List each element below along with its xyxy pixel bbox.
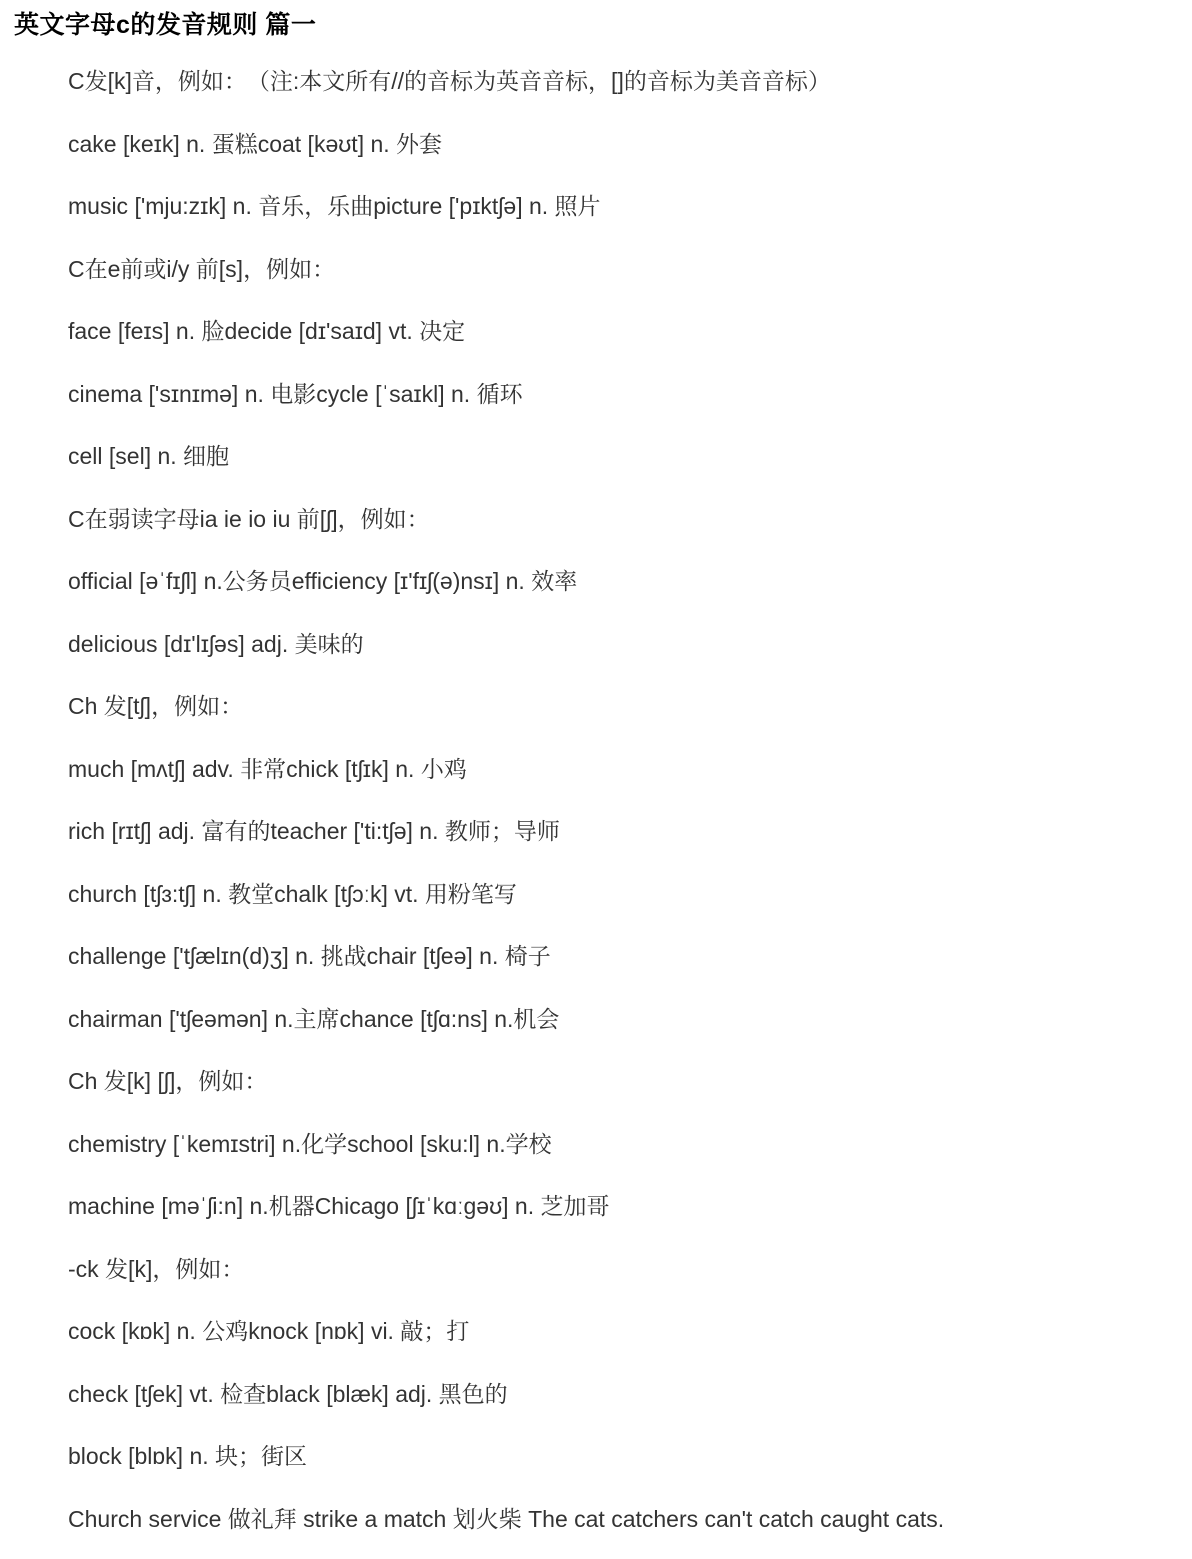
paragraph: cinema ['sɪnɪmə] n. 电影cycle [ˈsaɪkl] n. … [68,381,1172,407]
paragraph: rich [rɪtʃ] adj. 富有的teacher ['ti:tʃə] n.… [68,818,1172,844]
paragraph: machine [məˈʃi:n] n.机器Chicago [ʃɪˈkɑːgəʊ… [68,1193,1172,1219]
paragraph: chairman ['tʃeəmən] n.主席chance [tʃɑ:ns] … [68,1006,1172,1032]
paragraph: Church service 做礼拜 strike a match 划火柴 Th… [68,1506,1172,1532]
paragraph: cock [kɒk] n. 公鸡knock [nɒk] vi. 敲；打 [68,1318,1172,1344]
article-body: C发[k]音，例如： （注:本文所有//的音标为英音音标，[]的音标为美音音标）… [14,68,1172,1532]
paragraph: face [feɪs] n. 脸decide [dɪ'saɪd] vt. 决定 [68,318,1172,344]
paragraph: C发[k]音，例如： （注:本文所有//的音标为英音音标，[]的音标为美音音标） [68,68,1172,94]
paragraph: chemistry [ˈkemɪstri] n.化学school [sku:l]… [68,1131,1172,1157]
paragraph: -ck 发[k]，例如： [68,1256,1172,1282]
article-title: 英文字母c的发音规则 篇一 [14,10,1172,40]
paragraph: cell [sel] n. 细胞 [68,443,1172,469]
paragraph: Ch 发[k] [ʃ]，例如： [68,1068,1172,1094]
paragraph: Ch 发[tʃ]，例如： [68,693,1172,719]
paragraph: block [blɒk] n. 块；街区 [68,1443,1172,1469]
paragraph: official [əˈfɪʃl] n.公务员efficiency [ɪ'fɪʃ… [68,568,1172,594]
paragraph: church [tʃɜ:tʃ] n. 教堂chalk [tʃɔːk] vt. 用… [68,881,1172,907]
paragraph: check [tʃek] vt. 检查black [blæk] adj. 黑色的 [68,1381,1172,1407]
paragraph: C在弱读字母ia ie io iu 前[ʃ]，例如： [68,506,1172,532]
document-page: 英文字母c的发音规则 篇一 C发[k]音，例如： （注:本文所有//的音标为英音… [0,0,1192,1559]
paragraph: music ['mju:zɪk] n. 音乐，乐曲picture ['pɪktʃ… [68,193,1172,219]
paragraph: challenge ['tʃælɪn(d)ʒ] n. 挑战chair [tʃeə… [68,943,1172,969]
paragraph: much [mʌtʃ] adv. 非常chick [tʃɪk] n. 小鸡 [68,756,1172,782]
paragraph: C在e前或i/y 前[s]，例如： [68,256,1172,282]
paragraph: cake [keɪk] n. 蛋糕coat [kəʊt] n. 外套 [68,131,1172,157]
paragraph: delicious [dɪ'lɪʃəs] adj. 美味的 [68,631,1172,657]
